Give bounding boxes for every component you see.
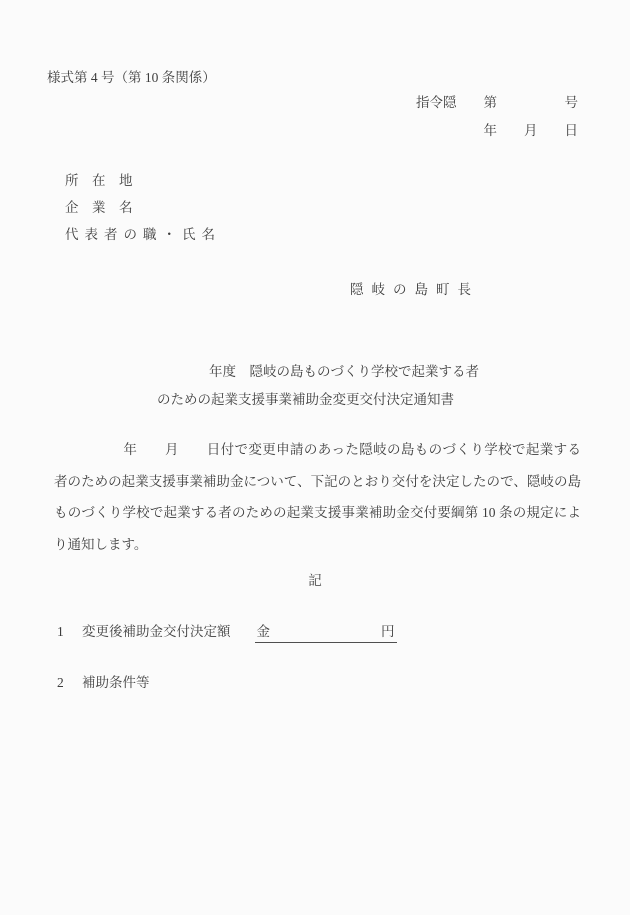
recipient-block: 所 在 地 企 業 名 代表者の職・氏名 xyxy=(65,167,221,248)
document-title-line2: のための起業支援事業補助金変更交付決定通知書 xyxy=(157,390,454,410)
record-marker: 記 xyxy=(0,571,630,591)
body-line-2: 者のための起業支援事業補助金について、下記のとおり交付を決定したので、隠岐の島 xyxy=(54,466,581,498)
body-line-4: り通知します。 xyxy=(54,529,581,561)
body-paragraph: 年 月 日付で変更申請のあった隠岐の島ものづくり学校で起業する 者のための起業支… xyxy=(54,434,581,560)
issuer-name: 隠岐の島町長 xyxy=(350,280,479,300)
item-1-label: 変更後補助金交付決定額 xyxy=(82,624,231,639)
item-2-label: 補助条件等 xyxy=(82,675,150,690)
item-2-number: 2 xyxy=(57,673,82,693)
recipient-representative-label: 代表者の職・氏名 xyxy=(65,221,221,248)
amount-field: 金円 xyxy=(255,622,397,643)
item-1-number: 1 xyxy=(57,622,82,642)
amount-suffix: 円 xyxy=(381,622,395,642)
amount-prefix: 金 xyxy=(257,622,271,642)
issue-date-line: 年 月 日 xyxy=(484,121,579,141)
form-number: 様式第 4 号（第 10 条関係） xyxy=(47,68,216,88)
item-1-row: 1変更後補助金交付決定額金円 xyxy=(57,622,397,643)
document-title-line1: 年度 隠岐の島ものづくり学校で起業する者 xyxy=(209,362,479,382)
directive-number-line: 指令隠 第 号 xyxy=(416,93,578,113)
body-line-1: 年 月 日付で変更申請のあった隠岐の島ものづくり学校で起業する xyxy=(54,434,581,466)
recipient-address-label: 所 在 地 xyxy=(65,167,221,194)
recipient-company-label: 企 業 名 xyxy=(65,194,221,221)
document-page: 様式第 4 号（第 10 条関係） 指令隠 第 号 年 月 日 所 在 地 企 … xyxy=(0,0,630,915)
body-line-3: ものづくり学校で起業する者のための起業支援事業補助金交付要綱第 10 条の規定に… xyxy=(54,497,581,529)
item-2-row: 2補助条件等 xyxy=(57,673,174,693)
